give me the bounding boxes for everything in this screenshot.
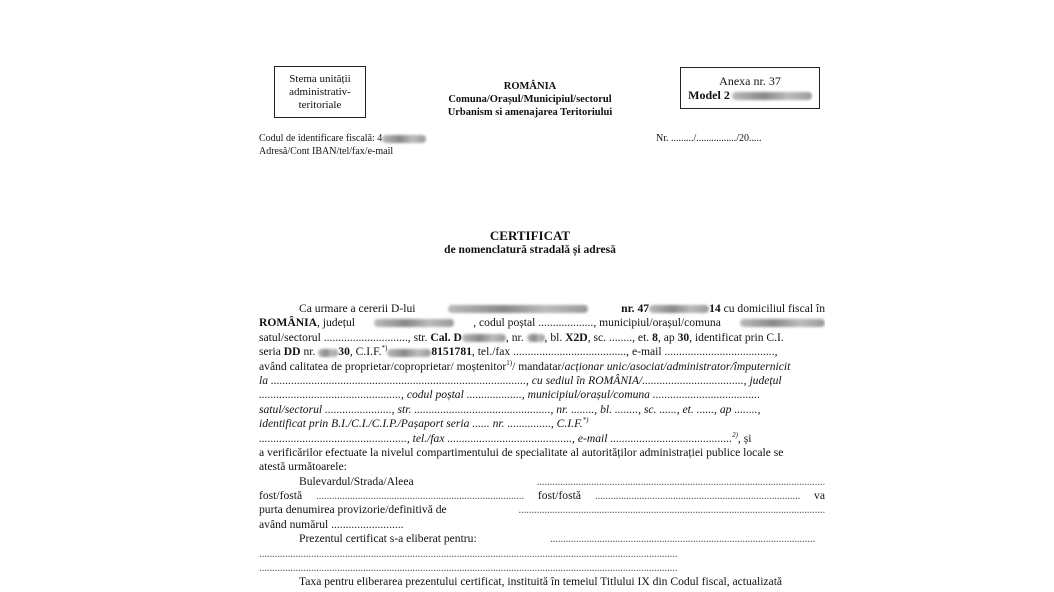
address-label: Adresă/Cont IBAN/tel/fax/e-mail: [259, 145, 426, 158]
fiscal-info: Codul de identificare fiscală: 4 Adresă/…: [259, 132, 426, 158]
country-name: ROMÂNIA: [400, 80, 660, 93]
body-line-14: fost/fostă .............................…: [259, 489, 825, 503]
annex-number: Anexa nr. 37: [719, 74, 781, 88]
body-line-1: Ca urmare a cererii D-lui nr. 4714 cu do…: [259, 302, 825, 316]
body-line-13: Bulevardul/Strada/Aleea ................…: [259, 475, 825, 489]
body-line-3: satul/sectorul .........................…: [259, 331, 825, 345]
body-line-7: ........................................…: [259, 388, 825, 402]
cif-label: Codul de identificare fiscală: 4: [259, 133, 382, 144]
redacted-street-number: [527, 334, 545, 342]
redacted-model: [732, 92, 812, 100]
redacted-ci-number: [318, 349, 338, 357]
registration-number: Nr. ........./................/20.....: [656, 132, 762, 145]
body-line-18: ........................................…: [259, 547, 799, 561]
body-line-17: Prezentul certificat s-a eliberat pentru…: [259, 532, 815, 546]
redacted-name: [448, 305, 588, 313]
body-line-12: atestă următoarele:: [259, 460, 825, 474]
body-line-15: purta denumirea provizorie/definitivă de…: [259, 503, 825, 517]
body-line-5: având calitatea de proprietar/copropriet…: [259, 360, 825, 374]
certificate-body: Ca urmare a cererii D-lui nr. 4714 cu do…: [259, 302, 825, 590]
body-line-16: având numărul .........................: [259, 518, 825, 532]
redacted-id: [649, 305, 709, 313]
document-title: CERTIFICAT de nomenclatură stradală și a…: [380, 228, 680, 258]
redacted-city: [740, 319, 825, 327]
body-line-2: ROMÂNIA, județul , codul poștal ........…: [259, 316, 825, 330]
body-line-6: la .....................................…: [259, 374, 825, 388]
title-main: CERTIFICAT: [380, 228, 680, 243]
redacted-cif: [382, 135, 426, 143]
body-line-19: ........................................…: [259, 561, 799, 575]
issuer-header: ROMÂNIA Comuna/Orașul/Municipiul/sectoru…: [400, 80, 660, 119]
body-line-11: a verificărilor efectuate la nivelul com…: [259, 446, 825, 460]
redacted-county: [374, 319, 454, 327]
redacted-cif-number: [387, 349, 431, 357]
model-label: Model 2: [688, 88, 730, 102]
annex-box: Anexa nr. 37 Model 2: [680, 67, 820, 109]
stema-line-1: Stema unității: [289, 73, 351, 86]
unit-name: Comuna/Orașul/Municipiul/sectorul: [400, 93, 660, 106]
redacted-street: [462, 334, 506, 342]
body-line-10: ........................................…: [259, 432, 825, 446]
stema-line-2: administrativ-: [289, 86, 351, 99]
coat-of-arms-box: Stema unității administrativ- teritorial…: [274, 66, 366, 118]
body-line-8: satul/sectorul ......................., …: [259, 403, 825, 417]
body-line-9: identificat prin B.I./C.I./C.I.P./Pașapo…: [259, 417, 825, 431]
department-name: Urbanism si amenajarea Teritoriului: [400, 106, 660, 119]
body-line-4: seria DD nr. 30, C.I.F.*)8151781, tel./f…: [259, 345, 825, 359]
title-sub: de nomenclatură stradală și adresă: [380, 243, 680, 258]
body-line-20: Taxa pentru eliberarea prezentului certi…: [259, 575, 825, 589]
stema-line-3: teritoriale: [289, 99, 351, 112]
